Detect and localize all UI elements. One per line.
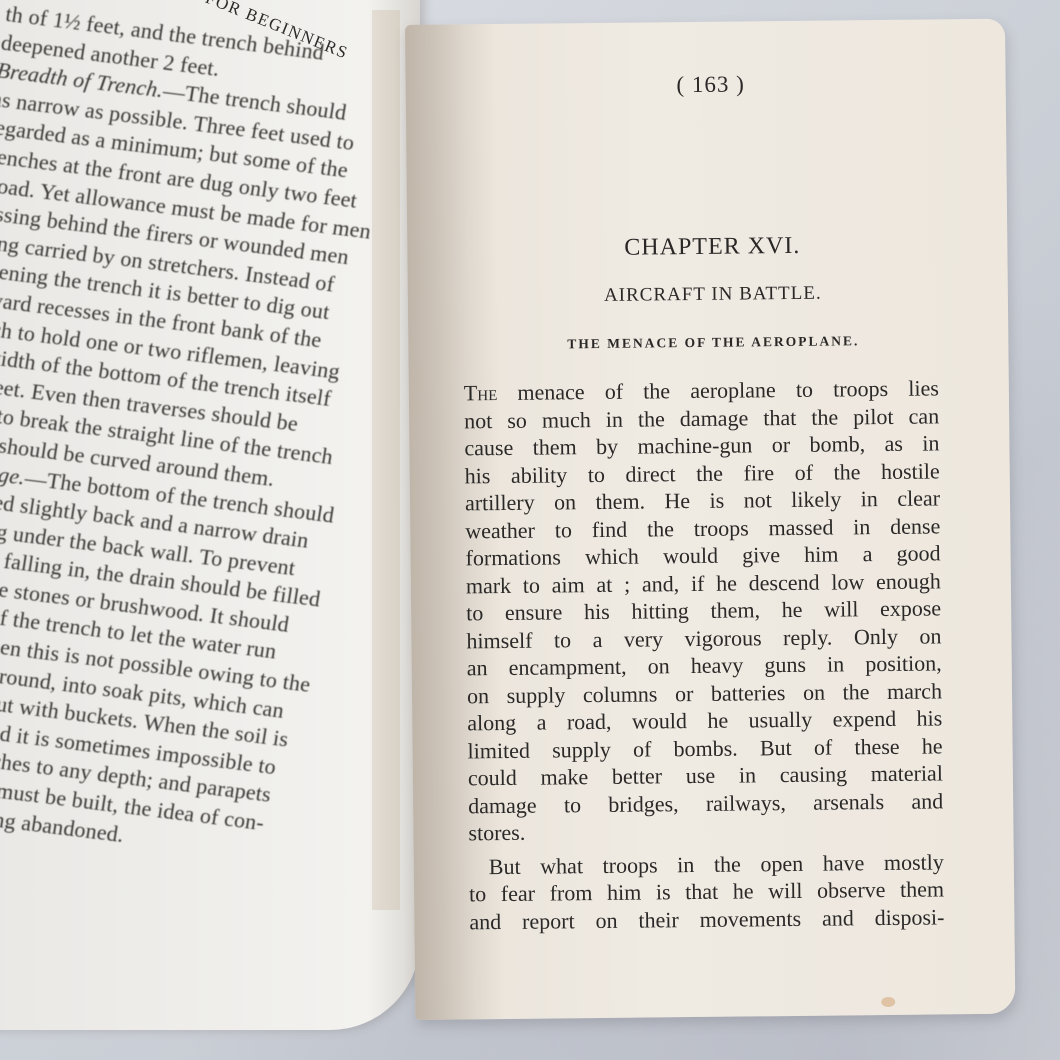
- body-line: damage to bridges, railways, arsenals an…: [468, 787, 943, 819]
- body-line: cause them by machine-gun or bomb, as in: [464, 429, 939, 461]
- section-title: THE MENACE OF THE AEROPLANE.: [408, 332, 1018, 354]
- body-line: and report on their movements and dispos…: [469, 903, 944, 935]
- body-line: formations which would give him a good: [465, 539, 940, 571]
- chapter-title: AIRCRAFT IN BATTLE.: [408, 281, 1018, 309]
- right-page: ( 163 ) CHAPTER XVI. AIRCRAFT IN BATTLE.…: [405, 19, 1015, 1020]
- left-page: FOR BEGINNERS th of 1½ feet, and the tre…: [0, 0, 420, 1030]
- paper-stain: [881, 997, 895, 1007]
- body-line: along a road, would he usually expend hi…: [467, 704, 942, 736]
- body-line: artillery on them. He is not likely in c…: [465, 484, 940, 516]
- body-line: to ensure his hitting them, he will expo…: [466, 594, 941, 626]
- chapter-number: CHAPTER XVI.: [407, 231, 1017, 264]
- body-text: The menace of the aeroplane to troops li…: [464, 374, 945, 935]
- body-line: to fear from him is that he will observe…: [469, 875, 944, 907]
- left-page-text: th of 1½ feet, and the trench behind dee…: [0, 0, 395, 867]
- body-line: could make better use in causing materia…: [468, 759, 943, 791]
- drop-word: The: [464, 380, 498, 405]
- body-line-first-rest: menace of the aeroplane to troops lies: [497, 375, 939, 405]
- page-number: ( 163 ): [406, 69, 1016, 101]
- body-line-first: The menace of the aeroplane to troops li…: [464, 374, 939, 406]
- body-line: an encampment, on heavy guns in position…: [467, 649, 942, 681]
